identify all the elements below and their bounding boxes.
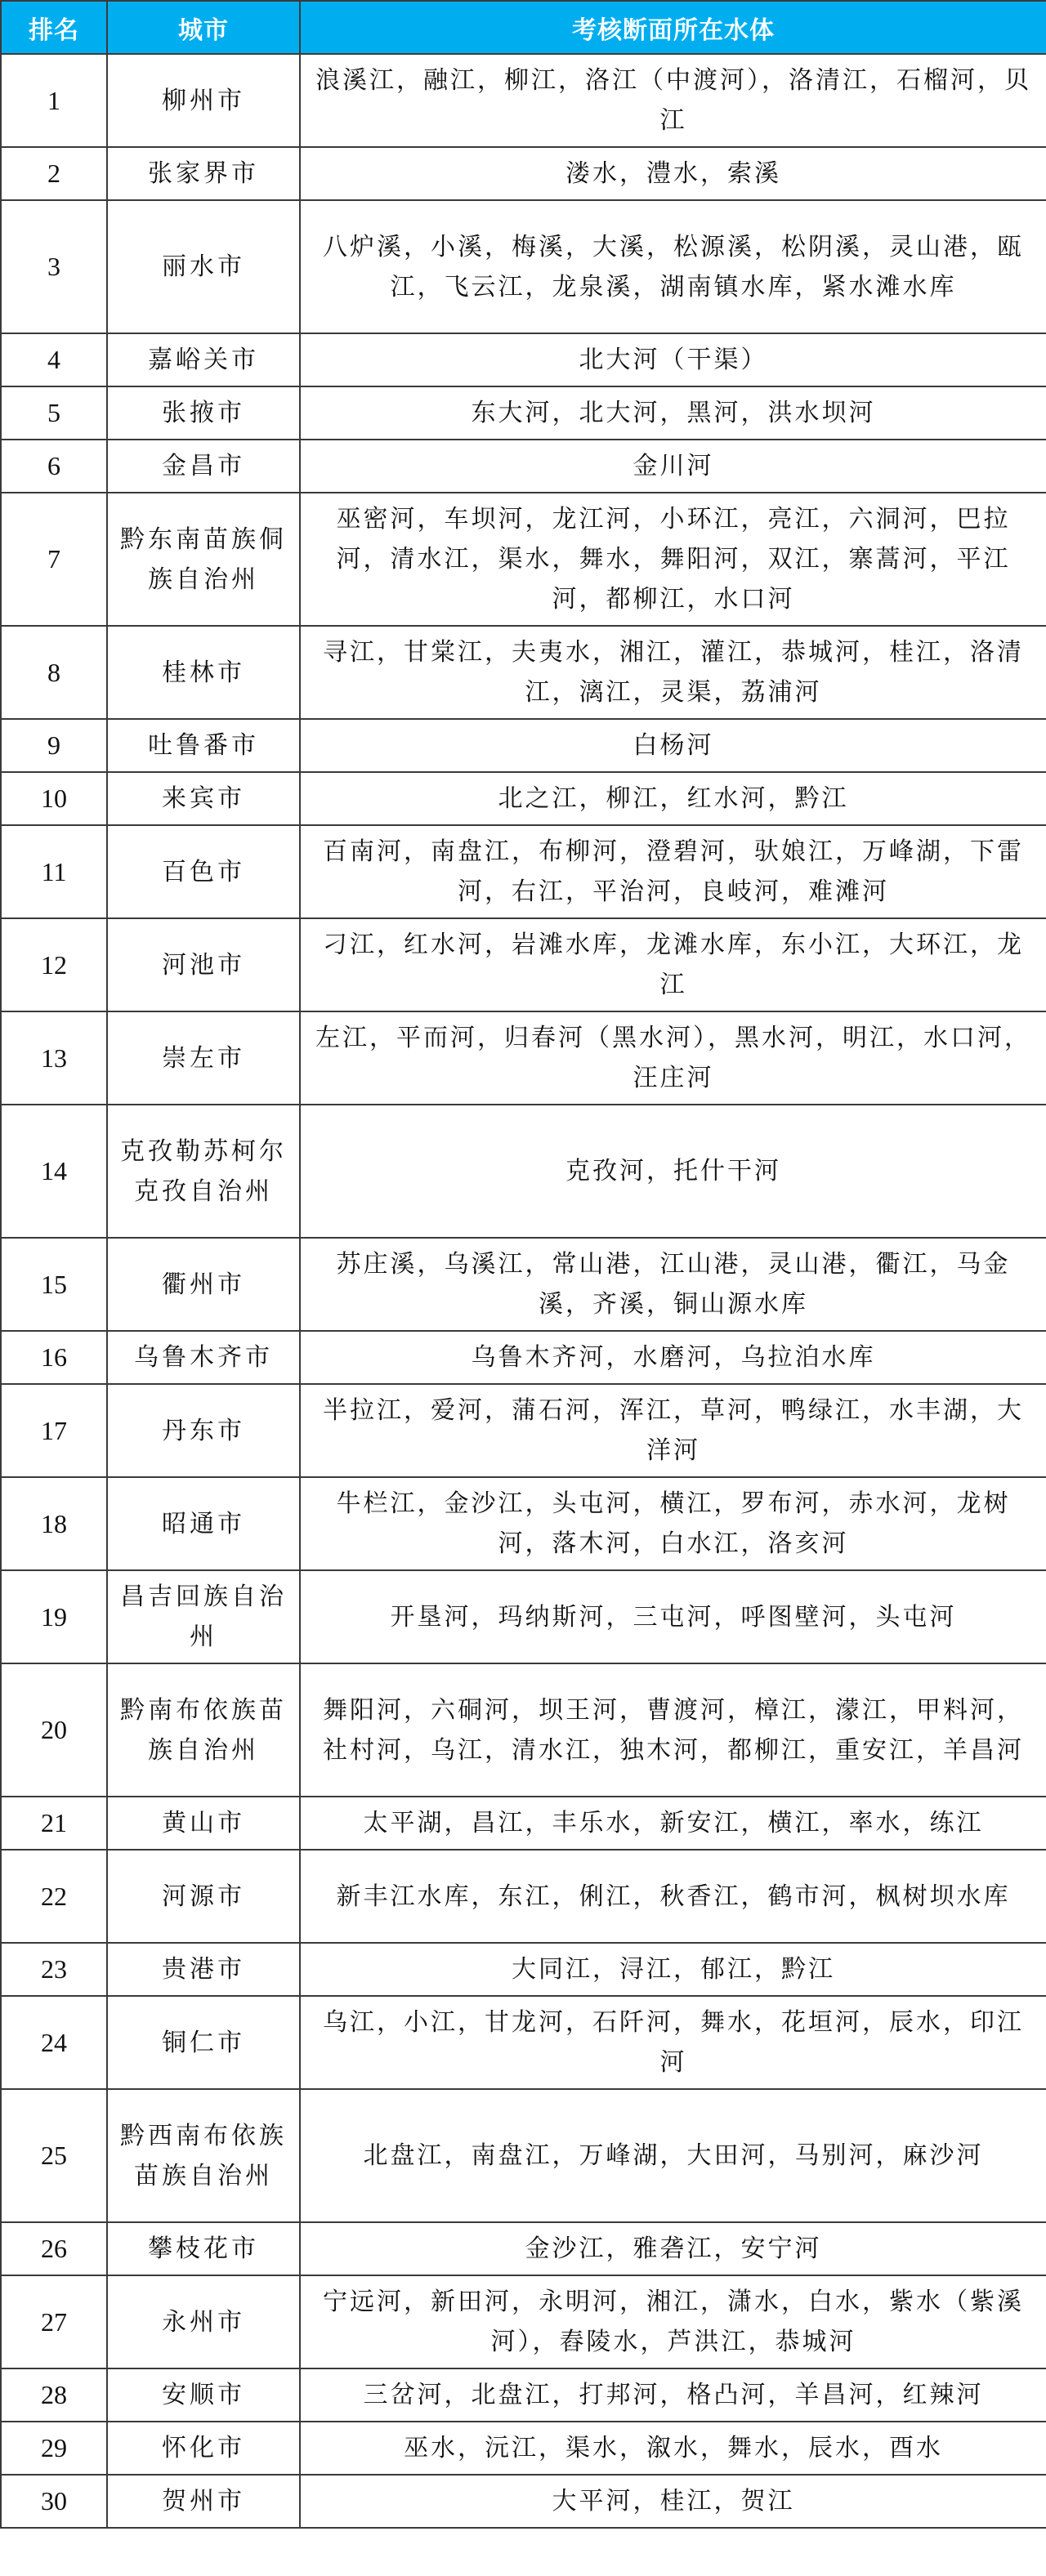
rank-cell: 11 — [1, 825, 107, 918]
city-cell: 柳州市 — [107, 54, 300, 147]
water-bodies-cell: 白杨河 — [300, 719, 1046, 772]
header-row: 排名 城市 考核断面所在水体 — [1, 1, 1046, 54]
water-bodies-cell: 牛栏江，金沙江，头屯河，横江，罗布河，赤水河，龙树河，落木河，白水江，洛亥河 — [300, 1477, 1046, 1570]
water-bodies-cell: 大平河，桂江，贺江 — [300, 2475, 1046, 2528]
table-row: 12河池市刁江，红水河，岩滩水库，龙滩水库，东小江，大环江，龙江 — [1, 918, 1046, 1011]
water-bodies-cell: 太平湖，昌江，丰乐水，新安江，横江，率水，练江 — [300, 1797, 1046, 1850]
city-cell: 永州市 — [107, 2275, 300, 2368]
rank-cell: 30 — [1, 2475, 107, 2528]
table-row: 1柳州市浪溪江，融江，柳江，洛江（中渡河），洛清江，石榴河，贝江 — [1, 54, 1046, 147]
table-row: 20黔南布依族苗族自治州舞阳河，六硐河，坝王河，曹渡河，樟江，濛江，甲料河，社村… — [1, 1663, 1046, 1797]
city-cell: 丹东市 — [107, 1384, 300, 1477]
city-cell: 黔南布依族苗族自治州 — [107, 1663, 300, 1797]
rank-cell: 20 — [1, 1663, 107, 1797]
water-bodies-cell: 金川河 — [300, 440, 1046, 493]
water-bodies-cell: 北之江，柳江，红水河，黔江 — [300, 772, 1046, 825]
water-bodies-cell: 东大河，北大河，黑河，洪水坝河 — [300, 386, 1046, 440]
table-row: 19昌吉回族自治州开垦河，玛纳斯河，三屯河，呼图壁河，头屯河 — [1, 1570, 1046, 1663]
water-bodies-cell: 刁江，红水河，岩滩水库，龙滩水库，东小江，大环江，龙江 — [300, 918, 1046, 1011]
table-row: 15衢州市苏庄溪，乌溪江，常山港，江山港，灵山港，衢江，马金溪，齐溪，铜山源水库 — [1, 1238, 1046, 1331]
city-cell: 昌吉回族自治州 — [107, 1570, 300, 1663]
city-cell: 丽水市 — [107, 200, 300, 333]
table-row: 2张家界市溇水，澧水，索溪 — [1, 147, 1046, 200]
city-cell: 桂林市 — [107, 626, 300, 719]
table-row: 29怀化市巫水，沅江，渠水，溆水，舞水，辰水，酉水 — [1, 2422, 1046, 2475]
table-row: 30贺州市大平河，桂江，贺江 — [1, 2475, 1046, 2528]
table-row: 14克孜勒苏柯尔克孜自治州克孜河，托什干河 — [1, 1105, 1046, 1238]
rank-cell: 28 — [1, 2368, 107, 2422]
table-row: 24铜仁市乌江，小江，甘龙河，石阡河，舞水，花垣河，辰水，印江河 — [1, 1996, 1046, 2089]
water-bodies-cell: 半拉江，爱河，蒲石河，浑江，草河，鸭绿江，水丰湖，大洋河 — [300, 1384, 1046, 1477]
city-cell: 黔西南布依族苗族自治州 — [107, 2089, 300, 2222]
city-cell: 乌鲁木齐市 — [107, 1331, 300, 1384]
water-bodies-cell: 寻江，甘棠江，夫夷水，湘江，灌江，恭城河，桂江，洛清江，漓江，灵渠，荔浦河 — [300, 626, 1046, 719]
city-cell: 怀化市 — [107, 2422, 300, 2475]
table-row: 10来宾市北之江，柳江，红水河，黔江 — [1, 772, 1046, 825]
table-row: 27永州市宁远河，新田河，永明河，湘江，潇水，白水，紫水（紫溪河），舂陵水，芦洪… — [1, 2275, 1046, 2368]
table-row: 4嘉峪关市北大河（干渠） — [1, 333, 1046, 386]
city-cell: 安顺市 — [107, 2368, 300, 2422]
rank-cell: 7 — [1, 493, 107, 626]
rank-cell: 29 — [1, 2422, 107, 2475]
header-rank: 排名 — [1, 1, 107, 54]
rank-cell: 25 — [1, 2089, 107, 2222]
table-row: 26攀枝花市金沙江，雅砻江，安宁河 — [1, 2222, 1046, 2275]
city-cell: 崇左市 — [107, 1011, 300, 1105]
table-row: 16乌鲁木齐市乌鲁木齐河，水磨河，乌拉泊水库 — [1, 1331, 1046, 1384]
water-bodies-cell: 金沙江，雅砻江，安宁河 — [300, 2222, 1046, 2275]
water-bodies-cell: 北大河（干渠） — [300, 333, 1046, 386]
water-bodies-cell: 大同江，浔江，郁江，黔江 — [300, 1943, 1046, 1996]
rank-cell: 14 — [1, 1105, 107, 1238]
city-cell: 来宾市 — [107, 772, 300, 825]
city-cell: 百色市 — [107, 825, 300, 918]
rank-cell: 3 — [1, 200, 107, 333]
city-cell: 张掖市 — [107, 386, 300, 440]
rank-cell: 16 — [1, 1331, 107, 1384]
city-cell: 金昌市 — [107, 440, 300, 493]
rank-cell: 4 — [1, 333, 107, 386]
table-row: 13崇左市左江，平而河，归春河（黑水河），黑水河，明江，水口河，汪庄河 — [1, 1011, 1046, 1105]
city-cell: 黄山市 — [107, 1797, 300, 1850]
table-row: 3丽水市八炉溪，小溪，梅溪，大溪，松源溪，松阴溪，灵山港，瓯江，飞云江，龙泉溪，… — [1, 200, 1046, 333]
rank-cell: 22 — [1, 1850, 107, 1943]
city-cell: 吐鲁番市 — [107, 719, 300, 772]
water-bodies-cell: 百南河，南盘江，布柳河，澄碧河，驮娘江，万峰湖，下雷河，右江，平治河，良岐河，难… — [300, 825, 1046, 918]
rank-cell: 8 — [1, 626, 107, 719]
city-cell: 张家界市 — [107, 147, 300, 200]
rank-cell: 1 — [1, 54, 107, 147]
water-bodies-cell: 新丰江水库，东江，俐江，秋香江，鹤市河，枫树坝水库 — [300, 1850, 1046, 1943]
water-bodies-cell: 溇水，澧水，索溪 — [300, 147, 1046, 200]
rank-cell: 18 — [1, 1477, 107, 1570]
water-bodies-cell: 宁远河，新田河，永明河，湘江，潇水，白水，紫水（紫溪河），舂陵水，芦洪江，恭城河 — [300, 2275, 1046, 2368]
table-row: 5张掖市东大河，北大河，黑河，洪水坝河 — [1, 386, 1046, 440]
table-row: 18昭通市牛栏江，金沙江，头屯河，横江，罗布河，赤水河，龙树河，落木河，白水江，… — [1, 1477, 1046, 1570]
table-header: 排名 城市 考核断面所在水体 — [1, 1, 1046, 54]
rank-cell: 2 — [1, 147, 107, 200]
city-cell: 贵港市 — [107, 1943, 300, 1996]
table-row: 25黔西南布依族苗族自治州北盘江，南盘江，万峰湖，大田河，马别河，麻沙河 — [1, 2089, 1046, 2222]
header-water-bodies: 考核断面所在水体 — [300, 1, 1046, 54]
water-bodies-cell: 乌鲁木齐河，水磨河，乌拉泊水库 — [300, 1331, 1046, 1384]
table-row: 28安顺市三岔河，北盘江，打邦河，格凸河，羊昌河，红辣河 — [1, 2368, 1046, 2422]
rank-cell: 6 — [1, 440, 107, 493]
water-bodies-cell: 开垦河，玛纳斯河，三屯河，呼图壁河，头屯河 — [300, 1570, 1046, 1663]
table-row: 8桂林市寻江，甘棠江，夫夷水，湘江，灌江，恭城河，桂江，洛清江，漓江，灵渠，荔浦… — [1, 626, 1046, 719]
water-bodies-cell: 苏庄溪，乌溪江，常山港，江山港，灵山港，衢江，马金溪，齐溪，铜山源水库 — [300, 1238, 1046, 1331]
rank-cell: 9 — [1, 719, 107, 772]
rank-cell: 19 — [1, 1570, 107, 1663]
city-cell: 贺州市 — [107, 2475, 300, 2528]
rank-cell: 5 — [1, 386, 107, 440]
water-bodies-cell: 三岔河，北盘江，打邦河，格凸河，羊昌河，红辣河 — [300, 2368, 1046, 2422]
table-row: 23贵港市大同江，浔江，郁江，黔江 — [1, 1943, 1046, 1996]
city-cell: 嘉峪关市 — [107, 333, 300, 386]
city-cell: 攀枝花市 — [107, 2222, 300, 2275]
rank-cell: 23 — [1, 1943, 107, 1996]
table-body: 1柳州市浪溪江，融江，柳江，洛江（中渡河），洛清江，石榴河，贝江2张家界市溇水，… — [1, 54, 1046, 2528]
city-cell: 昭通市 — [107, 1477, 300, 1570]
rank-cell: 12 — [1, 918, 107, 1011]
water-bodies-cell: 左江，平而河，归春河（黑水河），黑水河，明江，水口河，汪庄河 — [300, 1011, 1046, 1105]
table-row: 21黄山市太平湖，昌江，丰乐水，新安江，横江，率水，练江 — [1, 1797, 1046, 1850]
city-cell: 黔东南苗族侗族自治州 — [107, 493, 300, 626]
city-cell: 河池市 — [107, 918, 300, 1011]
city-cell: 衢州市 — [107, 1238, 300, 1331]
rank-cell: 26 — [1, 2222, 107, 2275]
table-row: 11百色市百南河，南盘江，布柳河，澄碧河，驮娘江，万峰湖，下雷河，右江，平治河，… — [1, 825, 1046, 918]
water-bodies-cell: 克孜河，托什干河 — [300, 1105, 1046, 1238]
rank-cell: 24 — [1, 1996, 107, 2089]
water-bodies-cell: 舞阳河，六硐河，坝王河，曹渡河，樟江，濛江，甲料河，社村河，乌江，清水江，独木河… — [300, 1663, 1046, 1797]
rank-cell: 21 — [1, 1797, 107, 1850]
water-bodies-cell: 八炉溪，小溪，梅溪，大溪，松源溪，松阴溪，灵山港，瓯江，飞云江，龙泉溪，湖南镇水… — [300, 200, 1046, 333]
rank-cell: 15 — [1, 1238, 107, 1331]
rank-cell: 13 — [1, 1011, 107, 1105]
header-city: 城市 — [107, 1, 300, 54]
rank-cell: 27 — [1, 2275, 107, 2368]
table-row: 17丹东市半拉江，爱河，蒲石河，浑江，草河，鸭绿江，水丰湖，大洋河 — [1, 1384, 1046, 1477]
water-bodies-cell: 浪溪江，融江，柳江，洛江（中渡河），洛清江，石榴河，贝江 — [300, 54, 1046, 147]
water-bodies-cell: 巫水，沅江，渠水，溆水，舞水，辰水，酉水 — [300, 2422, 1046, 2475]
table-row: 6金昌市金川河 — [1, 440, 1046, 493]
water-bodies-cell: 巫密河，车坝河，龙江河，小环江，亮江，六洞河，巴拉河，清水江，渠水，舞水，舞阳河… — [300, 493, 1046, 626]
city-water-ranking-table: 排名 城市 考核断面所在水体 1柳州市浪溪江，融江，柳江，洛江（中渡河），洛清江… — [0, 0, 1046, 2529]
table-row: 22河源市新丰江水库，东江，俐江，秋香江，鹤市河，枫树坝水库 — [1, 1850, 1046, 1943]
city-cell: 铜仁市 — [107, 1996, 300, 2089]
water-bodies-cell: 乌江，小江，甘龙河，石阡河，舞水，花垣河，辰水，印江河 — [300, 1996, 1046, 2089]
city-cell: 克孜勒苏柯尔克孜自治州 — [107, 1105, 300, 1238]
rank-cell: 17 — [1, 1384, 107, 1477]
table-row: 9吐鲁番市白杨河 — [1, 719, 1046, 772]
city-cell: 河源市 — [107, 1850, 300, 1943]
rank-cell: 10 — [1, 772, 107, 825]
water-bodies-cell: 北盘江，南盘江，万峰湖，大田河，马别河，麻沙河 — [300, 2089, 1046, 2222]
table-row: 7黔东南苗族侗族自治州巫密河，车坝河，龙江河，小环江，亮江，六洞河，巴拉河，清水… — [1, 493, 1046, 626]
